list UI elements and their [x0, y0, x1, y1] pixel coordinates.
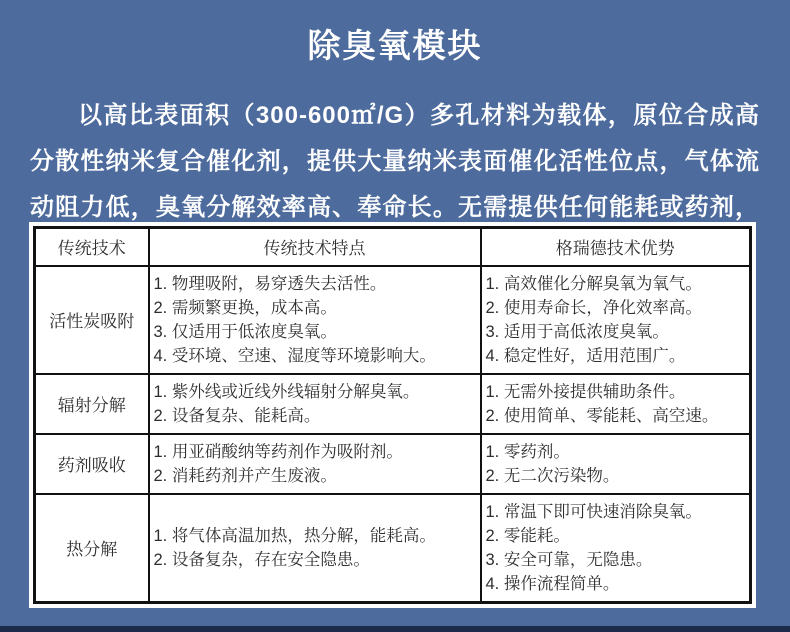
list-line: 1. 常温下即可快速消除臭氧。 [486, 500, 748, 524]
list-line: 1. 零药剂。 [486, 440, 748, 464]
list-line: 3. 适用于高低浓度臭氧。 [486, 320, 748, 344]
table-row: 热分解1. 将气体高温加热，热分解，能耗高。2. 设备复杂，存在安全隐患。1. … [35, 494, 751, 603]
comparison-table-container: 传统技术 传统技术特点 格瑞德技术优势 活性炭吸附1. 物理吸附，易穿透失去活性… [29, 222, 756, 608]
list-line: 2. 无二次污染物。 [486, 464, 748, 488]
header-traditional-features: 传统技术特点 [149, 228, 481, 266]
list-line: 2. 需频繁更换，成本高。 [154, 296, 478, 320]
header-grade-advantages: 格瑞德技术优势 [481, 228, 751, 266]
list-line: 2. 零能耗。 [486, 524, 748, 548]
table-row: 辐射分解1. 紫外线或近线外线辐射分解臭氧。2. 设备复杂、能耗高。1. 无需外… [35, 374, 751, 434]
tech-name-cell: 热分解 [35, 494, 149, 603]
comparison-table-body: 活性炭吸附1. 物理吸附，易穿透失去活性。2. 需频繁更换，成本高。3. 仅适用… [35, 266, 751, 603]
features-cell: 1. 物理吸附，易穿透失去活性。2. 需频繁更换，成本高。3. 仅适用于低浓度臭… [149, 266, 481, 374]
list-line: 1. 将气体高温加热，热分解，能耗高。 [154, 524, 478, 548]
list-line: 1. 无需外接提供辅助条件。 [486, 380, 748, 404]
table-header-row: 传统技术 传统技术特点 格瑞德技术优势 [35, 228, 751, 266]
tech-name-cell: 药剂吸收 [35, 434, 149, 494]
features-cell: 1. 将气体高温加热，热分解，能耗高。2. 设备复杂，存在安全隐患。 [149, 494, 481, 603]
list-line: 3. 仅适用于低浓度臭氧。 [154, 320, 478, 344]
footer-strip [0, 626, 790, 632]
header-traditional-tech: 传统技术 [35, 228, 149, 266]
list-line: 4. 稳定性好，适用范围广。 [486, 344, 748, 368]
features-cell: 1. 用亚硝酸纳等药剂作为吸附剂。2. 消耗药剂并产生废液。 [149, 434, 481, 494]
features-cell: 1. 紫外线或近线外线辐射分解臭氧。2. 设备复杂、能耗高。 [149, 374, 481, 434]
tech-name-cell: 活性炭吸附 [35, 266, 149, 374]
list-line: 4. 受环境、空速、湿度等环境影响大。 [154, 344, 478, 368]
list-line: 2. 使用寿命长，净化效率高。 [486, 296, 748, 320]
advantages-cell: 1. 零药剂。2. 无二次污染物。 [481, 434, 751, 494]
table-row: 活性炭吸附1. 物理吸附，易穿透失去活性。2. 需频繁更换，成本高。3. 仅适用… [35, 266, 751, 374]
advantages-cell: 1. 高效催化分解臭氧为氧气。2. 使用寿命长，净化效率高。3. 适用于高低浓度… [481, 266, 751, 374]
list-line: 1. 物理吸附，易穿透失去活性。 [154, 272, 478, 296]
list-line: 2. 设备复杂，存在安全隐患。 [154, 548, 478, 572]
list-line: 1. 紫外线或近线外线辐射分解臭氧。 [154, 380, 478, 404]
list-line: 1. 用亚硝酸纳等药剂作为吸附剂。 [154, 440, 478, 464]
tech-name-cell: 辐射分解 [35, 374, 149, 434]
advantages-cell: 1. 常温下即可快速消除臭氧。2. 零能耗。3. 安全可靠，无隐患。4. 操作流… [481, 494, 751, 603]
advantages-cell: 1. 无需外接提供辅助条件。2. 使用简单、零能耗、高空速。 [481, 374, 751, 434]
list-line: 3. 安全可靠，无隐患。 [486, 548, 748, 572]
list-line: 2. 使用简单、零能耗、高空速。 [486, 404, 748, 428]
list-line: 2. 消耗药剂并产生废液。 [154, 464, 478, 488]
list-line: 2. 设备复杂、能耗高。 [154, 404, 478, 428]
page-title: 除臭氧模块 [0, 20, 790, 67]
comparison-table: 传统技术 传统技术特点 格瑞德技术优势 活性炭吸附1. 物理吸附，易穿透失去活性… [33, 226, 752, 604]
list-line: 4. 操作流程简单。 [486, 572, 748, 596]
table-row: 药剂吸收1. 用亚硝酸纳等药剂作为吸附剂。2. 消耗药剂并产生废液。1. 零药剂… [35, 434, 751, 494]
list-line: 1. 高效催化分解臭氧为氧气。 [486, 272, 748, 296]
